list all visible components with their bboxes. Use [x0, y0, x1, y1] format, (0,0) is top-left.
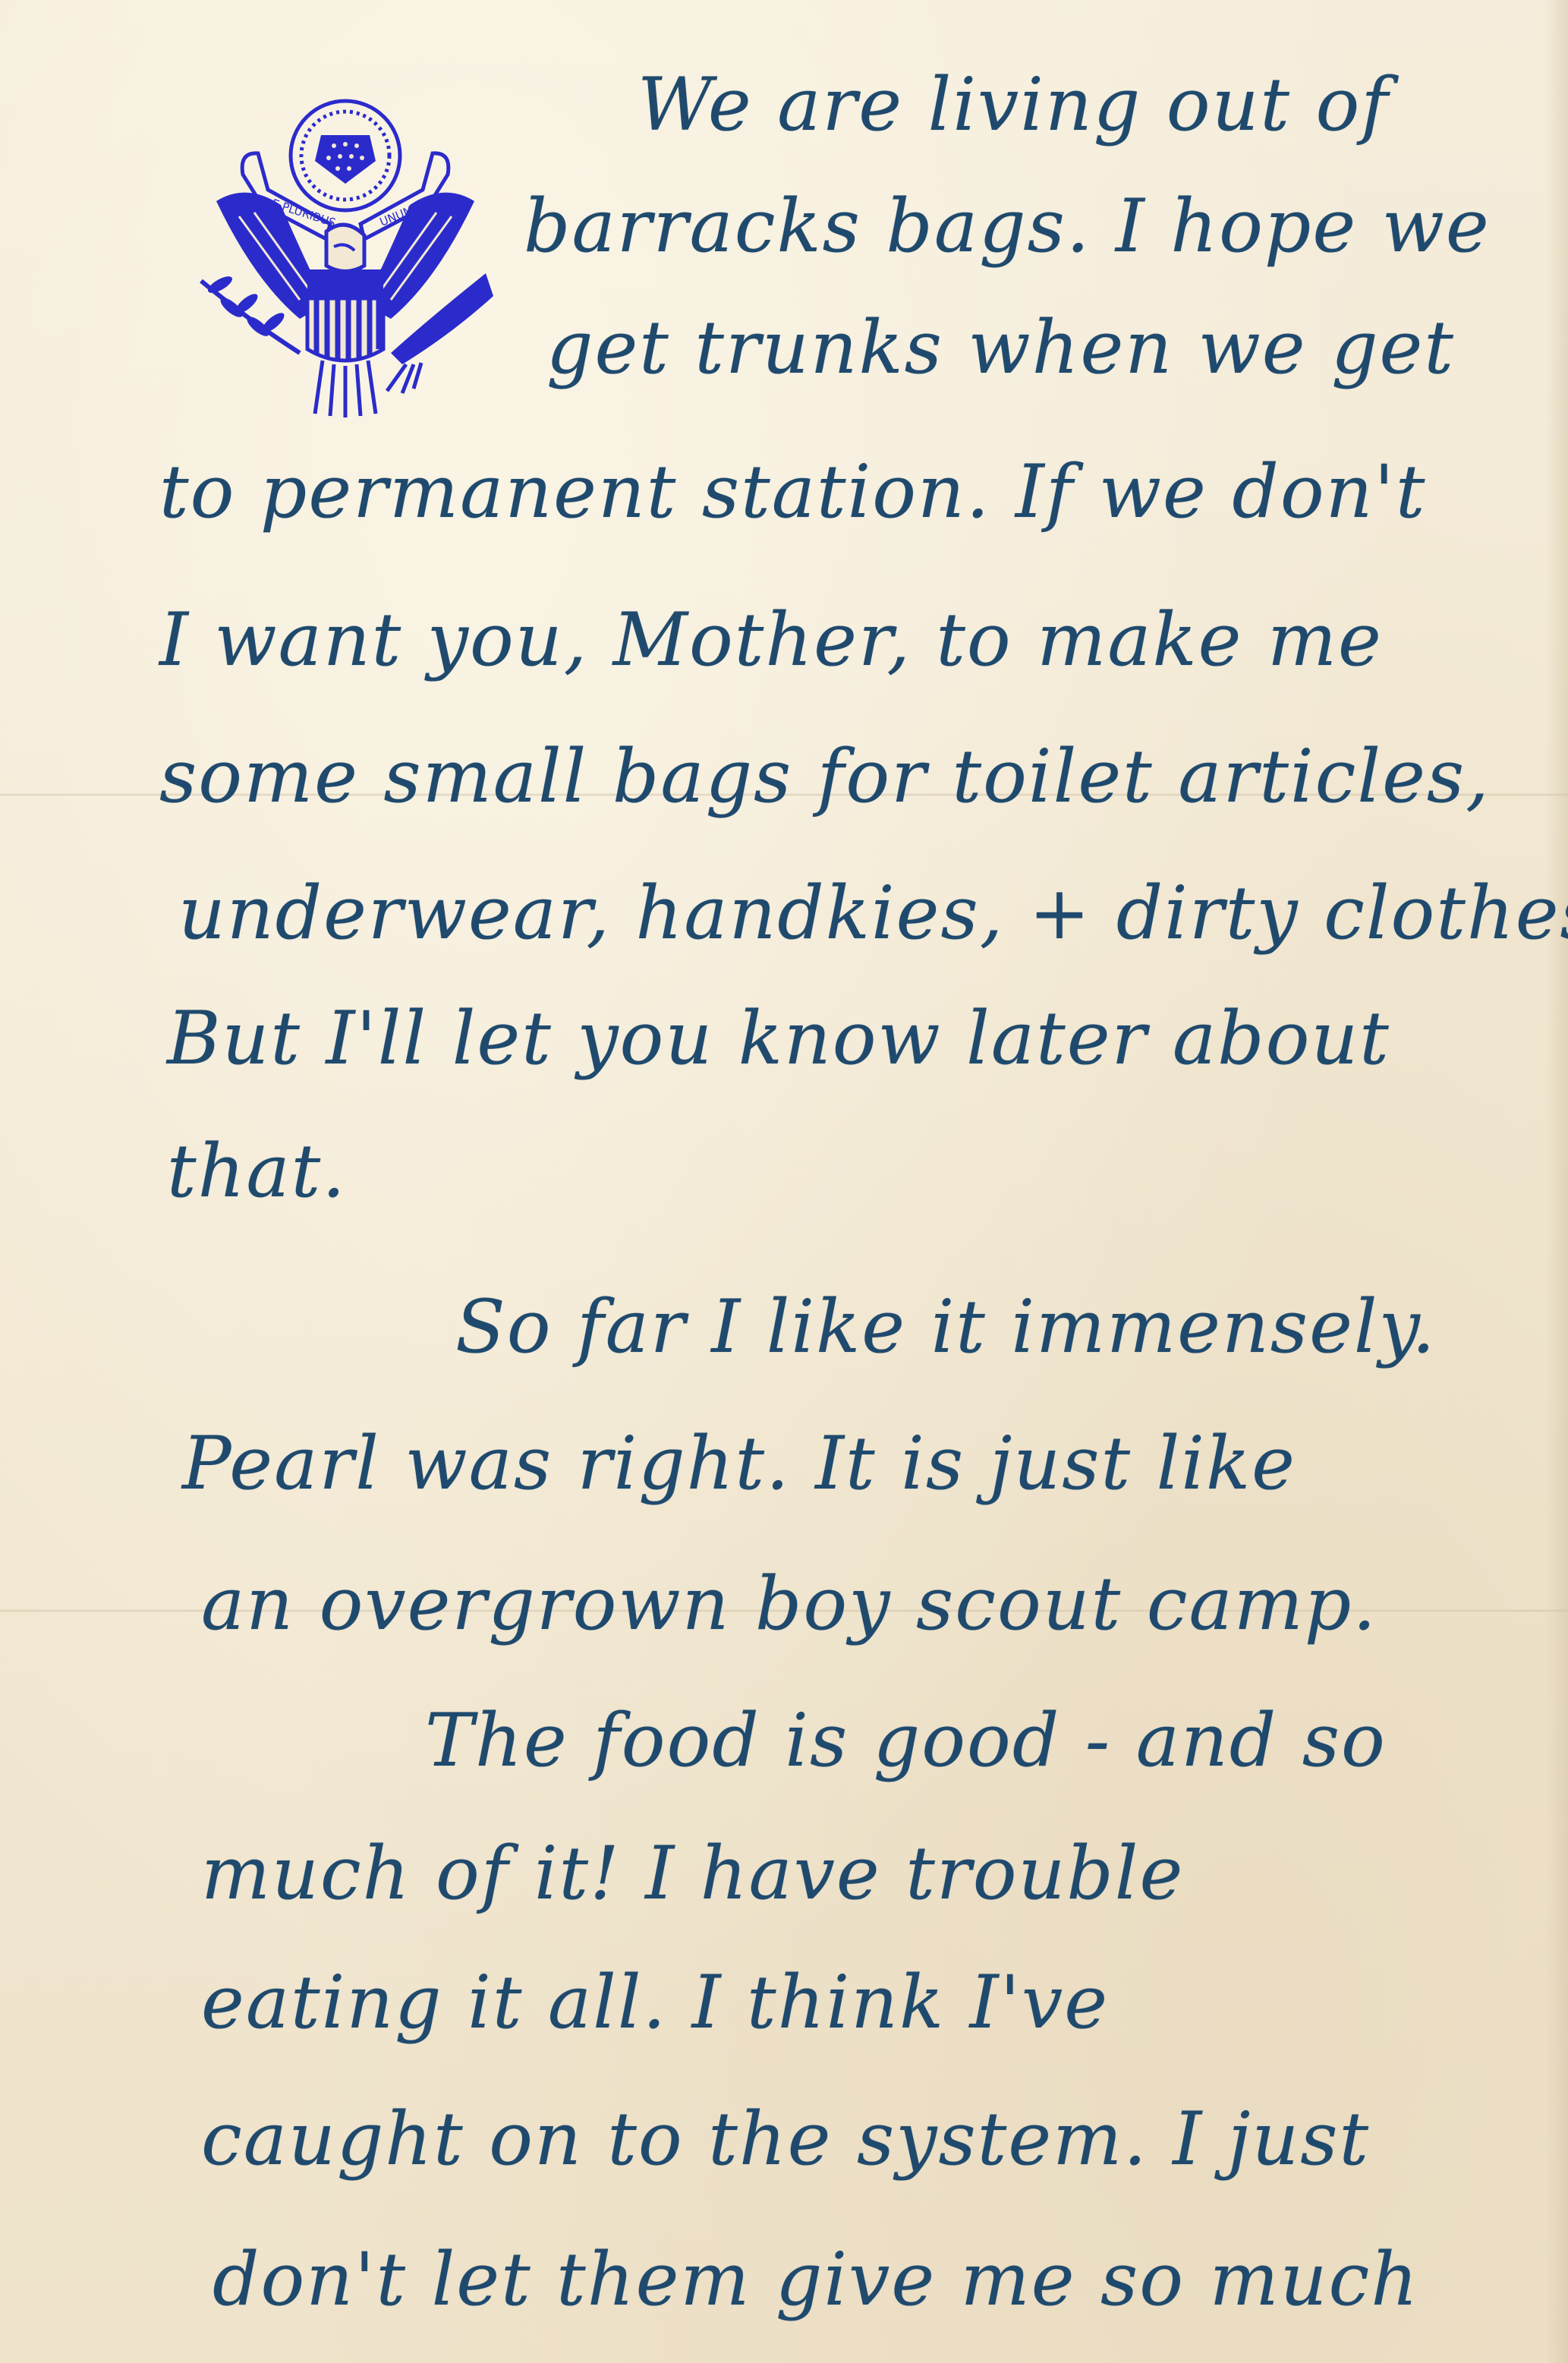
letter-line: I want you, Mother, to make me — [159, 603, 1383, 676]
letter-line: barracks bags. I hope we — [524, 190, 1491, 263]
letter-line: some small bags for toilet articles, — [159, 740, 1491, 813]
letter-line: to permanent station. If we don't — [159, 455, 1426, 528]
letter-line: that. — [167, 1135, 347, 1208]
letter-line: But I'll let you know later about — [167, 1002, 1390, 1075]
letter-line: get trunks when we get — [546, 311, 1455, 384]
letter-line: underwear, handkies, + dirty clothes. — [178, 877, 1568, 950]
great-seal-eagle-icon: E PLURIBUS UNUM — [186, 91, 505, 417]
letter-line: We are living out of — [638, 68, 1390, 141]
letter-line: an overgrown boy scout camp. — [201, 1567, 1378, 1640]
letter-line: eating it all. I think I've — [201, 1966, 1109, 2039]
letter-page: E PLURIBUS UNUM — [0, 0, 1568, 2363]
letter-line: So far I like it immensely. — [455, 1290, 1437, 1363]
letter-line: Pearl was right. It is just like — [182, 1427, 1296, 1500]
letter-line: caught on to the system. I just — [201, 2103, 1370, 2176]
letter-line: much of it! I have trouble — [201, 1837, 1184, 1910]
paper-edge-shadow — [1545, 0, 1568, 2363]
letter-line: don't let them give me so much — [213, 2243, 1419, 2316]
letter-line: The food is good - and so — [425, 1704, 1387, 1777]
